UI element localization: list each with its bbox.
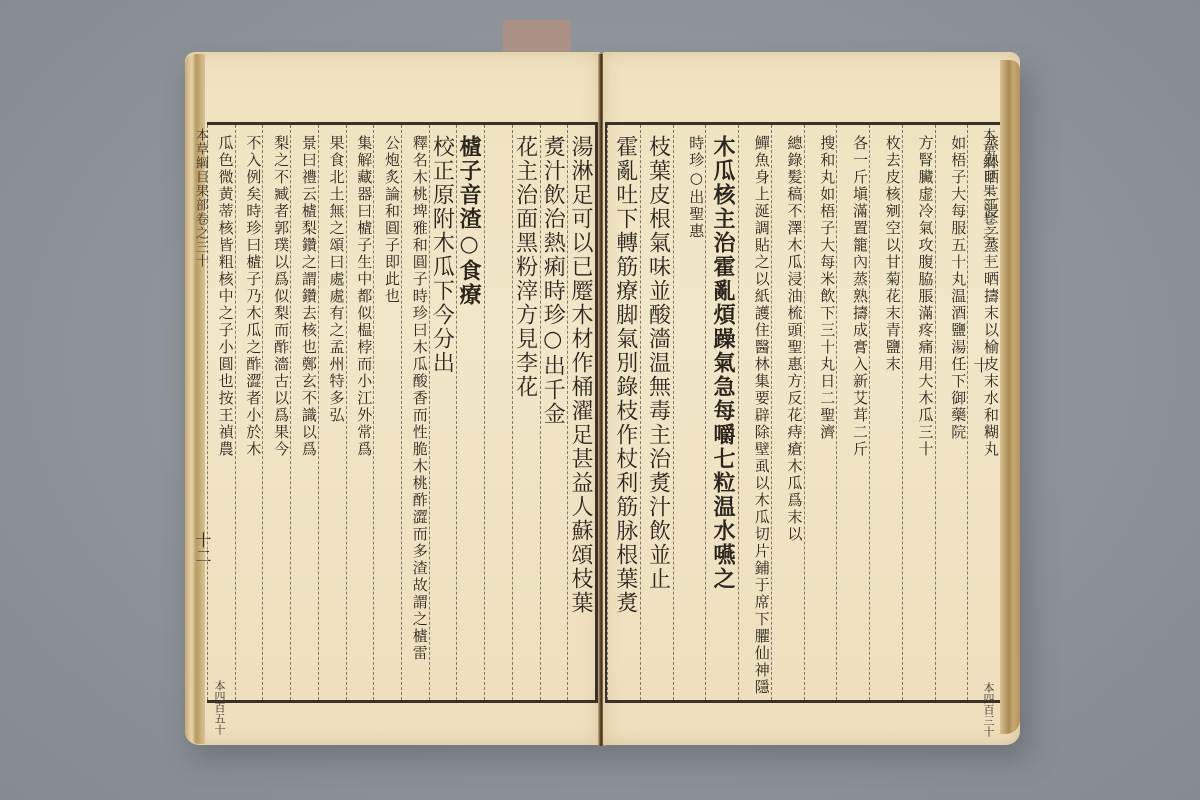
entry-heading-column: 樝子音渣○食療	[456, 125, 484, 700]
text-column: 煑汁飲治熱痢時珍○出千金	[540, 125, 568, 700]
text-column: 瓜色微黄蒂核皆粗核中之子小圓也按王禎農	[207, 125, 235, 700]
text-column: 枝葉皮根氣味並酸濇温無毒主治煑汁飲並止	[640, 125, 673, 700]
left-page: 本草綱目果部卷之三十 十二 本四百五十 湯淋足可以已蹷木材作桶濯足甚益人蘇頌枝葉…	[185, 52, 600, 745]
text-column: 蒸熟晒三浸三蒸三晒擣末以榆皮末水和糊丸	[967, 125, 1000, 700]
text-column: 鱓魚身上涎調貼之以紙護住醫林集要辟除壁虱以木瓜切片鋪于席下臞仙神隱	[738, 125, 771, 700]
open-book: 本草綱目果部卷之三十 十二 本四百五十 湯淋足可以已蹷木材作桶濯足甚益人蘇頌枝葉…	[185, 52, 1020, 752]
entry-heading-column: 木瓜核主治霍亂煩躁氣急每嚼七粒温水嚥之	[705, 125, 738, 700]
text-column: 霍亂吐下轉筋療脚氣別錄枝作杖利筋脉根葉煑	[607, 125, 640, 700]
text-column: 枚去皮核剜空以甘菊花末青鹽末	[869, 125, 902, 700]
right-page-edge	[1000, 60, 1020, 734]
text-column: 湯淋足可以已蹷木材作桶濯足甚益人蘇頌枝葉	[567, 125, 595, 700]
text-column: 方腎臟虚冷氣攻腹脇脹滿疼痛用大木瓜三十	[902, 125, 935, 700]
text-column: 如梧子大每服五十丸温酒鹽湯任下御藥院	[935, 125, 968, 700]
text-column: 各一斤塡滿置籠內蒸熟擣成膏入新艾茸二斤	[836, 125, 869, 700]
text-column: 果食北土無之頌曰處處有之孟州特多弘	[318, 125, 346, 700]
text-column: 釋名木桃埤雅和圓子時珍曰木瓜酸香而性脆木桃酢澀而多渣故謂之樝雷	[401, 125, 429, 700]
text-column: 景曰禮云樝梨鑽之謂鑽去核也鄭玄不識以爲	[290, 125, 318, 700]
text-column: 校正原附木瓜下今分出	[429, 125, 457, 700]
right-page: 本草綱目果部卷之三十 十 本四百三十 蒸熟晒三浸三蒸三晒擣末以榆皮末水和糊丸 如…	[603, 52, 1020, 745]
text-column: 總錄髪稿不澤木瓜浸油梳頭聖惠方反花痔瘡木瓜爲末以	[771, 125, 804, 700]
text-column: 時珍○出聖惠	[673, 125, 706, 700]
text-column: 搜和丸如梧子大每米飲下三十丸日二聖濟	[804, 125, 837, 700]
text-column: 公炮炙論和圓子即此也	[373, 125, 401, 700]
text-column: 梨之不臧者郭璞以爲似梨而酢濇古以爲果今	[262, 125, 290, 700]
text-column: 不入例矣時珍曰樝子乃木瓜之酢澀者小於木	[235, 125, 263, 700]
right-text-frame: 蒸熟晒三浸三蒸三晒擣末以榆皮末水和糊丸 如梧子大每服五十丸温酒鹽湯任下御藥院 方…	[605, 122, 1000, 703]
blank-column	[484, 125, 512, 700]
text-column: 集解藏器曰樝子生中都似榅桲而小江外常爲	[346, 125, 374, 700]
left-text-frame: 湯淋足可以已蹷木材作桶濯足甚益人蘇頌枝葉 煑汁飲治熱痢時珍○出千金 花主治面黑粉…	[207, 122, 598, 703]
text-column: 花主治面黑粉滓方見李花	[512, 125, 540, 700]
